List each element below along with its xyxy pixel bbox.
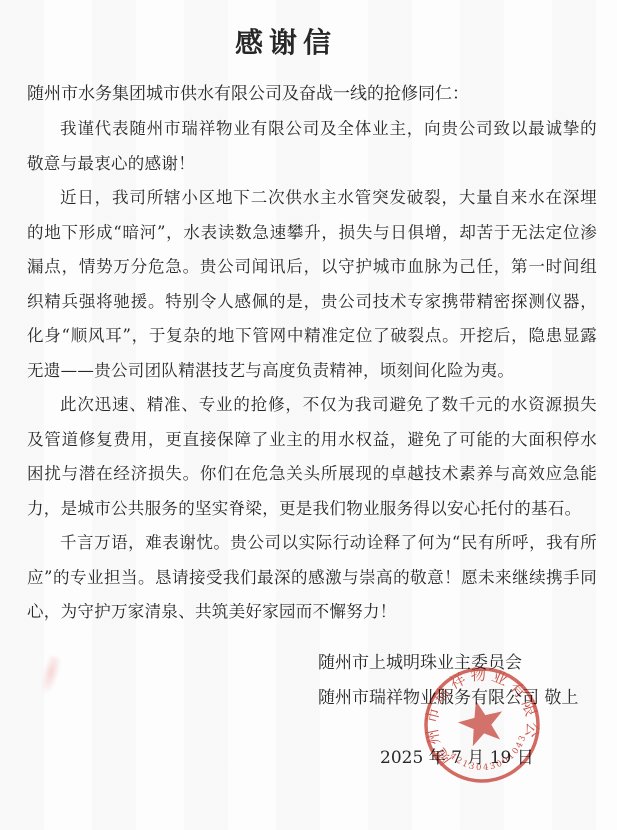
- salutation: 随州市水务集团城市供水有限公司及奋战一线的抢修同仁：: [27, 77, 597, 112]
- letter-title: 感谢信: [1, 28, 571, 58]
- letter-date: 2025 年 7 月 19 日: [380, 748, 597, 768]
- signature-block: 随州市上城明珠业主委员会 随州市瑞祥物业服务有限公司 敬上: [318, 646, 597, 716]
- signature-committee: 随州市上城明珠业主委员会: [318, 646, 597, 681]
- letter-page: 感谢信 随州市水务集团城市供水有限公司及奋战一线的抢修同仁： 我谨代表随州市瑞祥…: [0, 0, 617, 830]
- paragraph-intro: 我谨代表随州市瑞祥物业有限公司及全体业主，向贵公司致以最诚挚的敬意与最衷心的感谢…: [27, 112, 597, 181]
- paragraph-incident: 近日，我司所辖小区地下二次供水主水管突发破裂，大量自来水在深埋的地下形成“暗河”…: [27, 181, 597, 388]
- signature-company: 随州市瑞祥物业服务有限公司 敬上: [318, 681, 597, 716]
- paragraph-impact: 此次迅速、精准、专业的抢修，不仅为我司避免了数千元的水资源损失及管道修复费用，更…: [27, 388, 597, 526]
- ink-smudge: [37, 655, 63, 698]
- paragraph-closing: 千言万语，难表谢忱。贵公司以实际行动诠释了何为“民有所呼，我有所应”的专业担当。…: [27, 526, 597, 630]
